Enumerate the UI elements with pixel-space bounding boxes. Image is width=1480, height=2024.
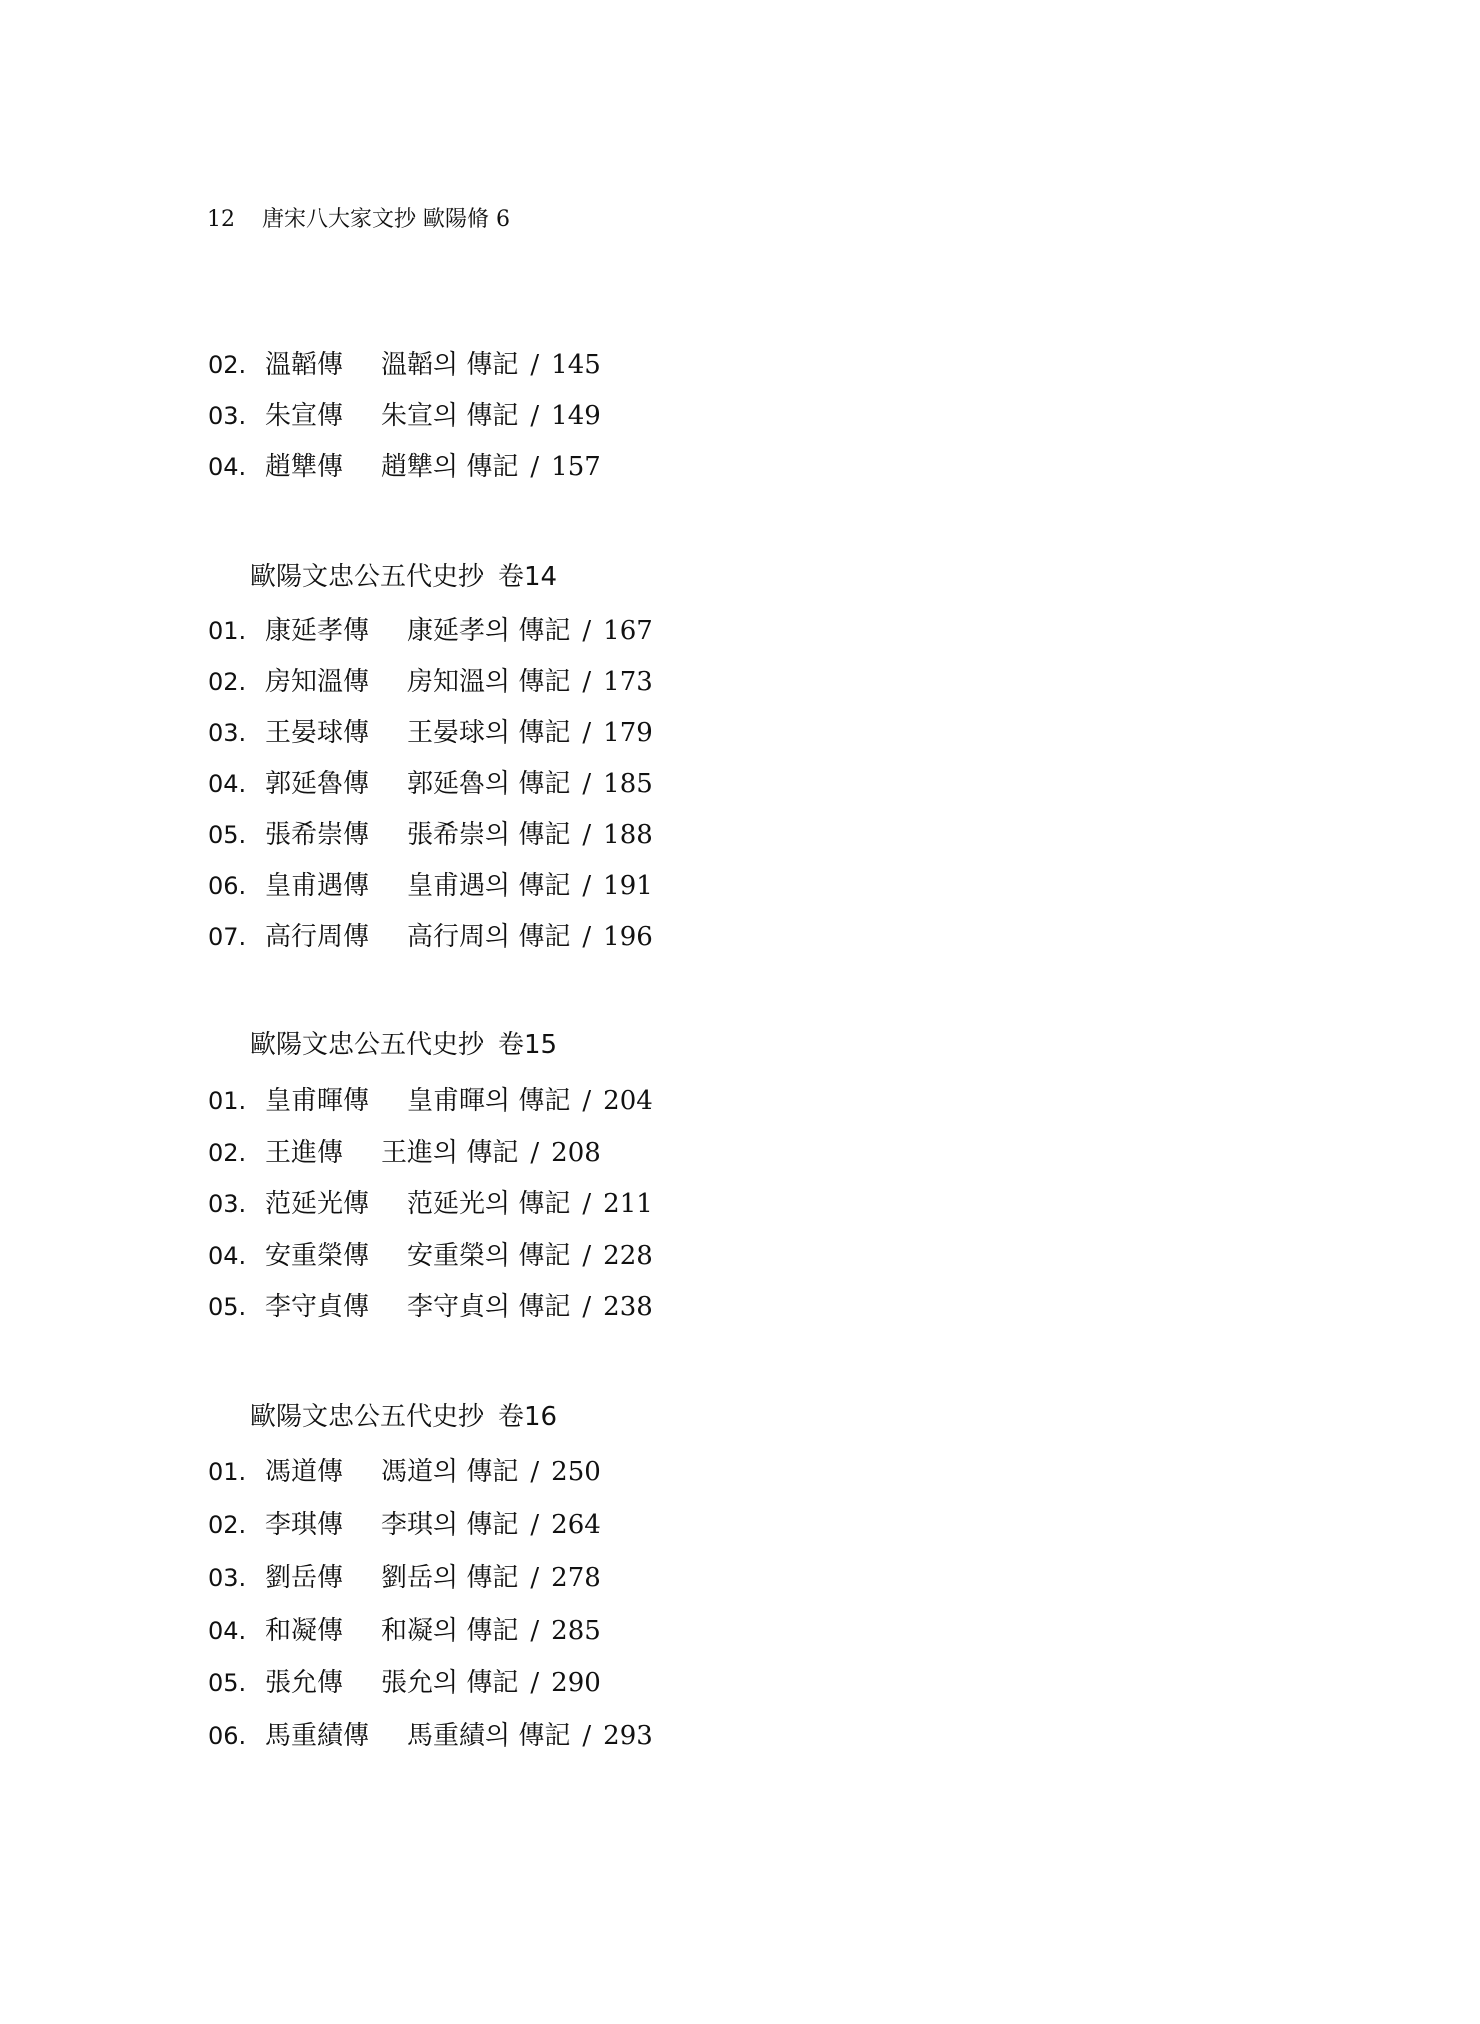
toc-entry[interactable]: 06.皇甫遇傳皇甫遇의 傳記/191 <box>208 871 653 901</box>
entry-description: 范延光의 傳記 <box>407 1189 570 1219</box>
entry-title: 李守貞傳 <box>265 1292 369 1322</box>
entry-title: 郭延魯傳 <box>265 769 369 799</box>
entry-description: 王進의 傳記 <box>381 1138 518 1168</box>
entry-page: 228 <box>603 1241 653 1271</box>
entry-title: 趙犨傳 <box>265 452 343 482</box>
entry-description: 李守貞의 傳記 <box>407 1292 570 1322</box>
entry-number: 01. <box>208 616 265 646</box>
toc-entry[interactable]: 05.李守貞傳李守貞의 傳記/238 <box>208 1292 653 1322</box>
entry-description: 劉岳의 傳記 <box>381 1563 518 1593</box>
entry-number: 03. <box>208 718 265 748</box>
entry-page: 149 <box>551 401 601 431</box>
entry-separator: / <box>530 1668 539 1698</box>
entry-description: 馬重績의 傳記 <box>407 1721 570 1751</box>
toc-entry[interactable]: 01.皇甫暉傳皇甫暉의 傳記/204 <box>208 1086 653 1116</box>
entry-title: 馮道傳 <box>265 1457 343 1487</box>
section-title: 歐陽文忠公五代史抄 <box>250 562 484 592</box>
entry-separator: / <box>582 1241 591 1271</box>
entry-description: 趙犨의 傳記 <box>381 452 518 482</box>
entry-separator: / <box>582 718 591 748</box>
entry-number: 02. <box>208 667 265 697</box>
toc-entry[interactable]: 05.張允傳張允의 傳記/290 <box>208 1668 601 1698</box>
entry-number: 04. <box>208 452 265 482</box>
entry-separator: / <box>582 922 591 952</box>
entry-title: 皇甫遇傳 <box>265 871 369 901</box>
entry-page: 264 <box>551 1510 601 1540</box>
entry-page: 185 <box>603 769 653 799</box>
entry-page: 204 <box>603 1086 653 1116</box>
toc-entry[interactable]: 04.和凝傳和凝의 傳記/285 <box>208 1616 601 1646</box>
entry-separator: / <box>582 1721 591 1751</box>
entry-page: 191 <box>603 871 653 901</box>
entry-number: 03. <box>208 1563 265 1593</box>
entry-separator: / <box>582 667 591 697</box>
entry-number: 05. <box>208 1292 265 1322</box>
entry-number: 05. <box>208 1668 265 1698</box>
entry-description: 馮道의 傳記 <box>381 1457 518 1487</box>
entry-number: 03. <box>208 1189 265 1219</box>
entry-title: 張允傳 <box>265 1668 343 1698</box>
section-heading-vol14: 歐陽文忠公五代史抄卷14 <box>250 562 557 592</box>
entry-title: 張希崇傳 <box>265 820 369 850</box>
entry-number: 03. <box>208 401 265 431</box>
toc-entry[interactable]: 02.房知溫傳房知溫의 傳記/173 <box>208 667 653 697</box>
entry-title: 王進傳 <box>265 1138 343 1168</box>
entry-description: 王晏球의 傳記 <box>407 718 570 748</box>
section-title: 歐陽文忠公五代史抄 <box>250 1030 484 1060</box>
entry-description: 郭延魯의 傳記 <box>407 769 570 799</box>
entry-page: 188 <box>603 820 653 850</box>
entry-page: 179 <box>603 718 653 748</box>
entry-title: 范延光傳 <box>265 1189 369 1219</box>
entry-separator: / <box>582 769 591 799</box>
entry-description: 康延孝의 傳記 <box>407 616 570 646</box>
toc-entry[interactable]: 04.趙犨傳趙犨의 傳記/157 <box>208 452 601 482</box>
entry-separator: / <box>582 1189 591 1219</box>
entry-description: 高行周의 傳記 <box>407 922 570 952</box>
entry-title: 康延孝傳 <box>265 616 369 646</box>
entry-page: 285 <box>551 1616 601 1646</box>
entry-page: 208 <box>551 1138 601 1168</box>
page-header: 12唐宋八大家文抄 歐陽脩 6 <box>207 206 510 234</box>
entry-title: 高行周傳 <box>265 922 369 952</box>
entry-description: 朱宣의 傳記 <box>381 401 518 431</box>
section-heading-vol16: 歐陽文忠公五代史抄卷16 <box>250 1402 557 1432</box>
entry-description: 房知溫의 傳記 <box>407 667 570 697</box>
entry-number: 02. <box>208 350 265 380</box>
entry-title: 朱宣傳 <box>265 401 343 431</box>
entry-description: 張希崇의 傳記 <box>407 820 570 850</box>
toc-entry[interactable]: 04.郭延魯傳郭延魯의 傳記/185 <box>208 769 653 799</box>
entry-page: 167 <box>603 616 653 646</box>
entry-description: 皇甫遇의 傳記 <box>407 871 570 901</box>
page-number: 12 <box>207 206 262 234</box>
entry-number: 01. <box>208 1086 265 1116</box>
entry-separator: / <box>530 1563 539 1593</box>
section-heading-vol15: 歐陽文忠公五代史抄卷15 <box>250 1030 557 1060</box>
toc-entry[interactable]: 03.朱宣傳朱宣의 傳記/149 <box>208 401 601 431</box>
entry-page: 238 <box>603 1292 653 1322</box>
entry-separator: / <box>582 1086 591 1116</box>
toc-entry[interactable]: 01.馮道傳馮道의 傳記/250 <box>208 1457 601 1487</box>
entry-title: 房知溫傳 <box>265 667 369 697</box>
entry-separator: / <box>582 1292 591 1322</box>
entry-page: 211 <box>603 1189 653 1219</box>
entry-number: 06. <box>208 1721 265 1751</box>
section-title: 歐陽文忠公五代史抄 <box>250 1402 484 1432</box>
section-volume: 卷15 <box>498 1030 557 1060</box>
section-volume: 卷16 <box>498 1402 557 1432</box>
entry-number: 02. <box>208 1510 265 1540</box>
entry-description: 張允의 傳記 <box>381 1668 518 1698</box>
toc-entry[interactable]: 03.范延光傳范延光의 傳記/211 <box>208 1189 653 1219</box>
entry-description: 皇甫暉의 傳記 <box>407 1086 570 1116</box>
entry-page: 290 <box>551 1668 601 1698</box>
entry-title: 皇甫暉傳 <box>265 1086 369 1116</box>
entry-number: 06. <box>208 871 265 901</box>
entry-separator: / <box>582 820 591 850</box>
entry-separator: / <box>582 871 591 901</box>
entry-page: 278 <box>551 1563 601 1593</box>
entry-description: 安重榮의 傳記 <box>407 1241 570 1271</box>
toc-entry[interactable]: 02.王進傳王進의 傳記/208 <box>208 1138 601 1168</box>
entry-number: 04. <box>208 1241 265 1271</box>
entry-description: 和凝의 傳記 <box>381 1616 518 1646</box>
entry-title: 溫韜傳 <box>265 350 343 380</box>
entry-separator: / <box>530 401 539 431</box>
toc-entry[interactable]: 06.馬重績傳馬重績의 傳記/293 <box>208 1721 653 1751</box>
entry-separator: / <box>530 350 539 380</box>
toc-entry[interactable]: 02.溫韜傳溫韜의 傳記/145 <box>208 350 601 380</box>
entry-title: 馬重績傳 <box>265 1721 369 1751</box>
entry-title: 和凝傳 <box>265 1616 343 1646</box>
entry-description: 李琪의 傳記 <box>381 1510 518 1540</box>
entry-description: 溫韜의 傳記 <box>381 350 518 380</box>
entry-page: 157 <box>551 452 601 482</box>
entry-number: 01. <box>208 1457 265 1487</box>
entry-page: 250 <box>551 1457 601 1487</box>
entry-separator: / <box>530 452 539 482</box>
entry-number: 07. <box>208 922 265 952</box>
running-title: 唐宋八大家文抄 歐陽脩 6 <box>262 207 510 232</box>
entry-number: 04. <box>208 1616 265 1646</box>
entry-title: 王晏球傳 <box>265 718 369 748</box>
entry-separator: / <box>530 1138 539 1168</box>
entry-number: 04. <box>208 769 265 799</box>
entry-page: 196 <box>603 922 653 952</box>
entry-title: 安重榮傳 <box>265 1241 369 1271</box>
entry-page: 293 <box>603 1721 653 1751</box>
entry-separator: / <box>530 1510 539 1540</box>
toc-entry[interactable]: 07.高行周傳高行周의 傳記/196 <box>208 922 653 952</box>
entry-separator: / <box>582 616 591 646</box>
entry-page: 173 <box>603 667 653 697</box>
entry-separator: / <box>530 1616 539 1646</box>
toc-entry[interactable]: 01.康延孝傳康延孝의 傳記/167 <box>208 616 653 646</box>
entry-title: 李琪傳 <box>265 1510 343 1540</box>
toc-entry[interactable]: 05.張希崇傳張希崇의 傳記/188 <box>208 820 653 850</box>
section-volume: 卷14 <box>498 562 557 592</box>
toc-entry[interactable]: 04.安重榮傳安重榮의 傳記/228 <box>208 1241 653 1271</box>
entry-page: 145 <box>551 350 601 380</box>
toc-entry[interactable]: 02.李琪傳李琪의 傳記/264 <box>208 1510 601 1540</box>
toc-entry[interactable]: 03.劉岳傳劉岳의 傳記/278 <box>208 1563 601 1593</box>
toc-entry[interactable]: 03.王晏球傳王晏球의 傳記/179 <box>208 718 653 748</box>
entry-title: 劉岳傳 <box>265 1563 343 1593</box>
entry-separator: / <box>530 1457 539 1487</box>
entry-number: 05. <box>208 820 265 850</box>
entry-number: 02. <box>208 1138 265 1168</box>
